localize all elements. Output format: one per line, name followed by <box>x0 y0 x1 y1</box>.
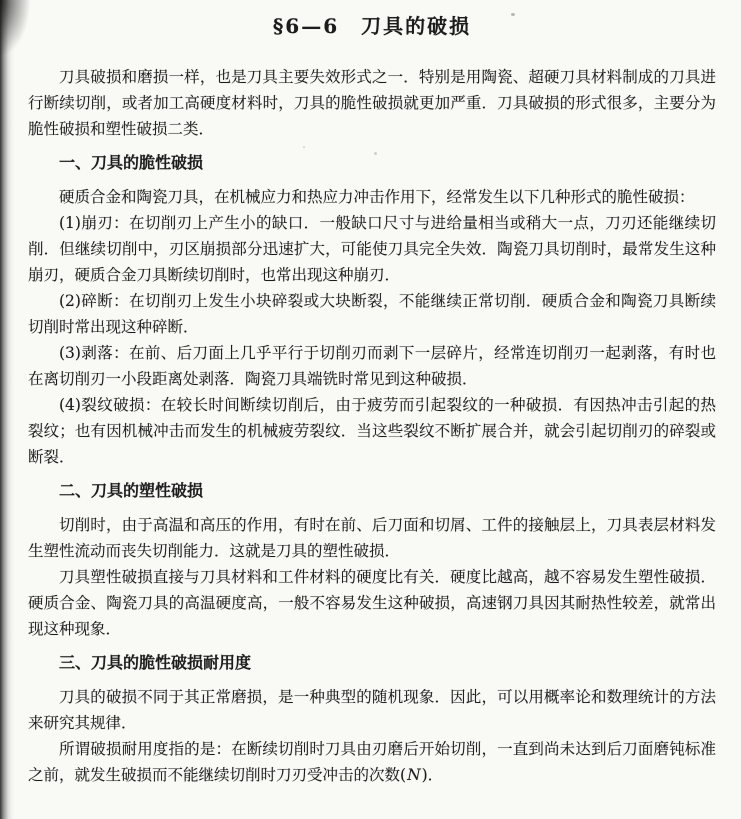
section-2-paragraph-2: 刀具塑性破损直接与刀具材料和工件材料的硬度比有关．硬度比越高，越不容易发生塑性破… <box>28 564 716 642</box>
intro-paragraph: 刀具破损和磨损一样，也是刀具主要失效形式之一．特别是用陶瓷、超硬刀具材料制成的刀… <box>28 64 716 142</box>
page-content: §6—6 刀具的破损 刀具破损和磨损一样，也是刀具主要失效形式之一．特别是用陶瓷… <box>0 12 741 788</box>
final-paragraph-text: 所谓破损耐用度指的是：在断续切削时刀具由刃磨后开始切削，一直到尚未达到后刀面磨钝… <box>28 740 716 784</box>
section-2-heading: 二、刀具的塑性破损 <box>28 478 716 504</box>
section-2-paragraph-1: 切削时，由于高温和高压的作用，有时在前、后刀面和切屑、工件的接触层上，刀具表层材… <box>28 512 716 564</box>
section-1-heading: 一、刀具的脆性破损 <box>28 150 716 176</box>
variable-N: N <box>406 766 422 784</box>
section-1-item-2: (2)碎断：在切削刃上发生小块碎裂或大块断裂，不能继续正常切削．硬质合金和陶瓷刀… <box>28 288 716 340</box>
section-1-item-4: (4)裂纹破损：在较长时间断续切削后，由于疲劳而引起裂纹的一种破损．有因热冲击引… <box>28 392 716 470</box>
section-3-heading: 三、刀具的脆性破损耐用度 <box>28 650 716 676</box>
final-paragraph-end: )． <box>422 766 444 784</box>
section-1-paragraph-1: 硬质合金和陶瓷刀具，在机械应力和热应力冲击作用下，经常发生以下几种形式的脆性破损… <box>28 184 716 210</box>
scanned-textbook-page: §6—6 刀具的破损 刀具破损和磨损一样，也是刀具主要失效形式之一．特别是用陶瓷… <box>0 0 741 819</box>
page-title: §6—6 刀具的破损 <box>28 12 716 40</box>
section-3-paragraph-1: 刀具的破损不同于其正常磨损，是一种典型的随机现象．因此，可以用概率论和数理统计的… <box>28 684 716 736</box>
section-1-item-1: (1)崩刃：在切削刃上产生小的缺口．一般缺口尺寸与进给量相当或稍大一点，刀刃还能… <box>28 210 716 288</box>
section-1-item-3: (3)剥落：在前、后刀面上几乎平行于切削刃而剥下一层碎片，经常连切削刃一起剥落，… <box>28 340 716 392</box>
section-3-paragraph-2: 所谓破损耐用度指的是：在断续切削时刀具由刃磨后开始切削，一直到尚未达到后刀面磨钝… <box>28 736 716 788</box>
